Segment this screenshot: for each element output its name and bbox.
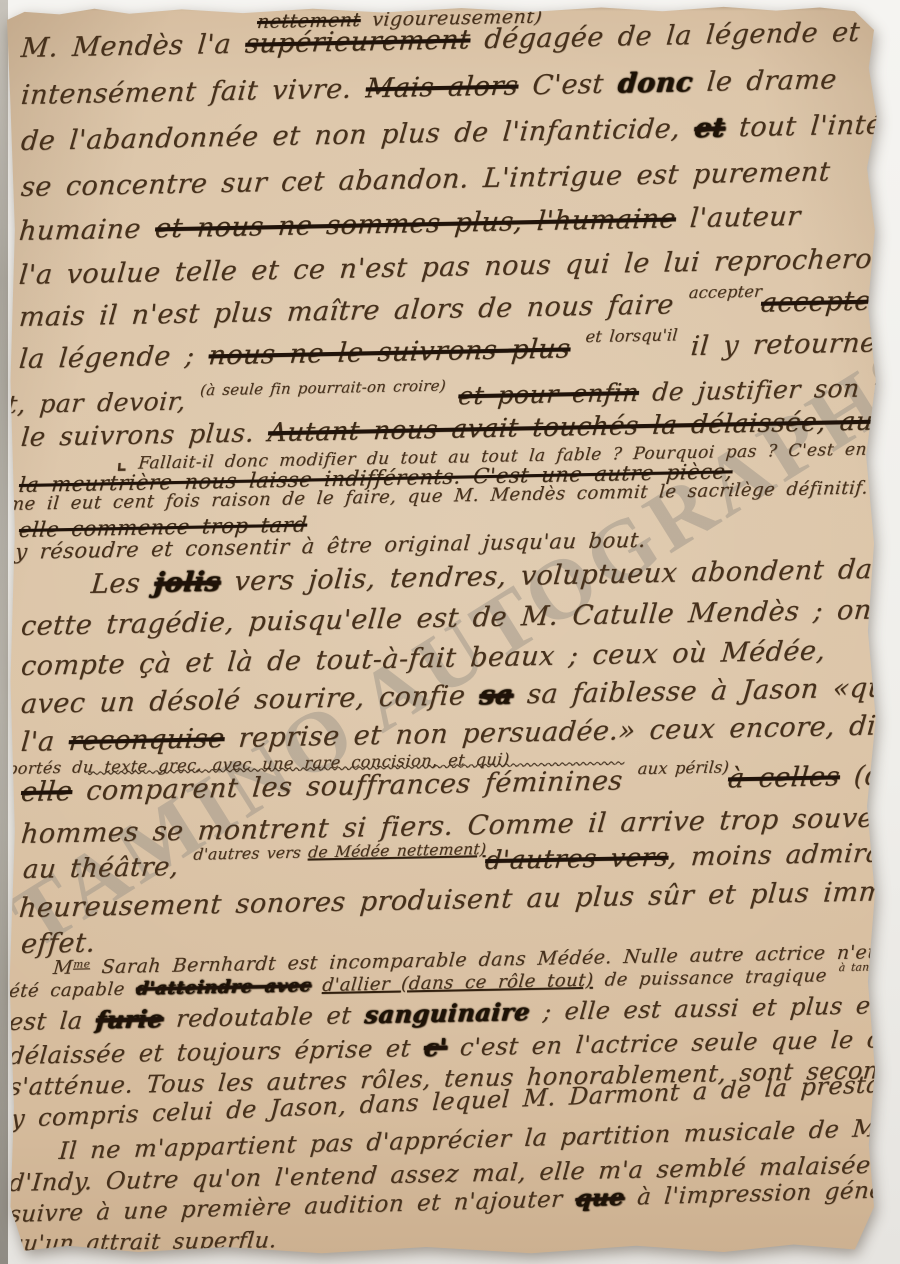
text-segment — [569, 333, 586, 364]
manuscript-paper-wrap: TAMINO AUTOGRAPHS nettement vigoureuseme… — [7, 5, 881, 1257]
text-segment: jolis — [153, 566, 222, 598]
text-segment: M. Mendès l'a — [20, 29, 247, 64]
manuscript-line: heureusement sonores produisent au plus … — [18, 877, 881, 923]
text-segment: nous ne le suivrons plus — [207, 333, 572, 371]
text-segment: il y retourne, comme — [675, 325, 881, 362]
text-segment: d'autres vers — [484, 843, 670, 877]
text-segment: t, par devoir, — [7, 386, 201, 419]
text-segment: furie — [95, 1004, 165, 1034]
text-segment: humaine — [18, 213, 157, 247]
text-segment: c'est en l'actrice seule que le contrast… — [446, 1023, 881, 1061]
manuscript-line: intensément fait vivre. Mais alors C'est… — [20, 66, 838, 110]
text-segment: avec un désolé sourire, confie — [20, 680, 481, 720]
text-segment — [621, 765, 638, 796]
manuscript-line: se concentre sur cet abandon. L'intrigue… — [20, 158, 832, 202]
text-segment: l'a — [20, 726, 70, 758]
manuscript-line: cette tragédie, puisqu'elle est de M. Ca… — [20, 596, 881, 642]
text-segment: (dans ce rôle tout) — [400, 970, 594, 995]
text-segment: et — [693, 112, 726, 144]
text-segment: à celles — [727, 761, 842, 794]
text-segment: M — [52, 957, 74, 979]
text-segment: ; elle est aussi et plus encore l'amante — [529, 988, 881, 1026]
text-segment: d'atteindre avec — [135, 975, 312, 999]
text-segment: nettement) — [389, 840, 487, 860]
text-segment: accepter admettre — [760, 283, 881, 319]
text-segment: délaissée et toujours éprise et — [8, 1034, 425, 1070]
text-segment: de justifier son titre ; — [638, 372, 881, 407]
text-segment: tout l'intérêt — [724, 109, 881, 144]
text-segment: le suivrons plus. — [20, 418, 270, 453]
text-segment: sa — [478, 680, 514, 712]
text-segment: et pour enfin — [457, 378, 640, 411]
scanned-page: TAMINO AUTOGRAPHS nettement vigoureuseme… — [0, 0, 900, 1264]
manuscript-text: nettement vigoureusement)M. Mendès l'a s… — [7, 5, 881, 1257]
text-segment: Les — [90, 568, 156, 600]
text-segment: me — [73, 958, 91, 970]
manuscript-line: effet. — [20, 930, 97, 960]
text-segment: donc — [616, 67, 694, 99]
text-segment: C'est — [517, 69, 619, 102]
text-segment: , moins admirables, mais non moins — [667, 833, 881, 873]
text-segment: vers jolis, tendres, voluptueux abondent… — [219, 553, 881, 597]
text-segment: accepter — [688, 281, 763, 301]
text-segment: se concentre sur cet abandon. L'intrigue… — [20, 156, 832, 203]
text-segment: au théâtre, — [22, 852, 194, 885]
text-segment: c' — [423, 1033, 448, 1062]
text-segment: (dont les — [839, 759, 881, 793]
manuscript-line: compte çà et là de tout-à-fait beaux ; c… — [20, 638, 827, 682]
manuscript-line: qu'un attrait superflu. — [8, 1229, 278, 1256]
text-segment: l'auteur — [675, 201, 802, 234]
text-segment: (à seule fin pourrait-on croire) — [199, 376, 446, 399]
text-segment: de Médée — [307, 842, 390, 862]
manuscript-line: Les jolis vers jolis, tendres, voluptueu… — [90, 555, 881, 599]
text-segment: aux périls) — [637, 757, 730, 778]
manuscript-line: de l'abandonnée et non plus de l'infanti… — [20, 111, 881, 157]
text-segment: de puissance tragique — [593, 965, 839, 991]
text-segment: redoutable et — [162, 1001, 366, 1033]
text-segment: sa faiblesse à Jason «qui — [512, 672, 881, 710]
text-segment: elle — [20, 776, 74, 808]
text-segment: que — [574, 1184, 625, 1212]
text-segment: intensément fait vivre. — [20, 73, 367, 111]
text-segment: d'allier — [321, 973, 402, 996]
manuscript-line: mais il n'est plus maître alors de nous … — [18, 285, 881, 333]
manuscript-line: la légende ; nous ne le suivrons plus et… — [18, 327, 881, 374]
text-segment: la légende ; — [18, 340, 210, 375]
manuscript-line: humaine et nous ne sommes plus, l'humain… — [18, 203, 802, 246]
text-segment: effet. — [20, 928, 97, 960]
text-segment: de l'abandonnée et non plus de l'infanti… — [20, 113, 696, 157]
text-segment: à tant de — [838, 960, 881, 974]
manuscript-paper: TAMINO AUTOGRAPHS nettement vigoureuseme… — [7, 5, 881, 1257]
text-segment: est la — [8, 1006, 97, 1036]
text-segment: et lorsqu'il — [585, 325, 679, 346]
text-segment: Mais alors — [365, 70, 520, 104]
text-segment: le drame — [691, 64, 838, 98]
manuscript-line: M. Mendès l'a supérieurement dégagée de … — [20, 19, 861, 64]
text-segment: reconquise — [67, 723, 225, 757]
text-segment: reprise et non persuadée.» ceux encore, … — [223, 709, 881, 754]
text-segment: dégagée de la légende et — [469, 17, 861, 56]
text-segment: été capable — [8, 979, 137, 1002]
text-segment: d'autres vers — [193, 844, 309, 864]
text-segment: qu'un attrait superflu. — [8, 1228, 278, 1257]
text-segment: et nous ne sommes plus, l'humaine — [154, 203, 678, 244]
text-segment: cette tragédie, puisqu'elle est de M. Ca… — [20, 594, 881, 642]
text-segment: supérieurement — [244, 24, 472, 59]
text-segment: sanguinaire — [363, 997, 531, 1029]
